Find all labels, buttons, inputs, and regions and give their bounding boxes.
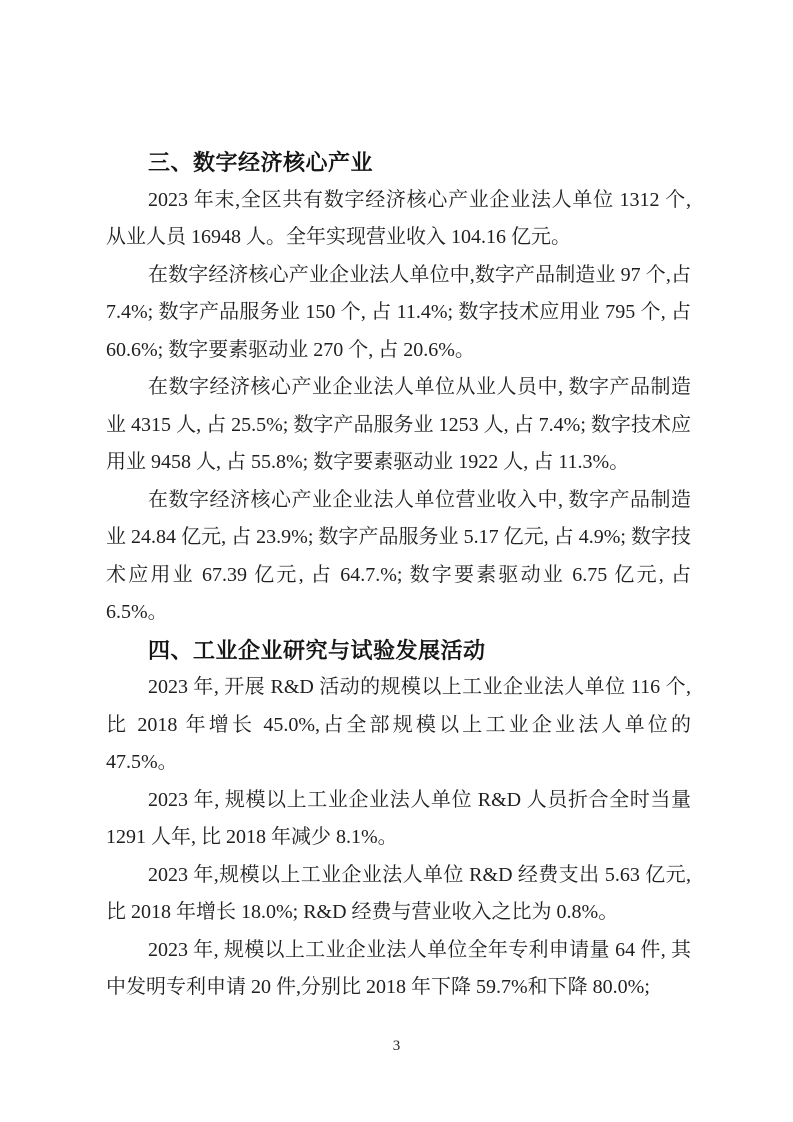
page-number: 3 [0,1038,793,1055]
document-content: 三、数字经济核心产业 2023 年末,全区共有数字经济核心产业企业法人单位 13… [106,144,691,1007]
paragraph-rd-units: 2023 年, 开展 R&D 活动的规模以上工业企业法人单位 116 个, 比 … [106,669,691,782]
paragraph-employees-breakdown: 在数字经济核心产业企业法人单位从业人员中, 数字产品制造业 4315 人, 占 … [106,369,691,482]
section-heading-digital-economy: 三、数字经济核心产业 [106,144,691,182]
paragraph-legal-units-breakdown: 在数字经济核心产业企业法人单位中,数字产品制造业 97 个,占 7.4%; 数字… [106,257,691,370]
document-page: 三、数字经济核心产业 2023 年末,全区共有数字经济核心产业企业法人单位 13… [0,0,793,1122]
paragraph-revenue-breakdown: 在数字经济核心产业企业法人单位营业收入中, 数字产品制造业 24.84 亿元, … [106,482,691,632]
paragraph-rd-expenditure: 2023 年,规模以上工业企业法人单位 R&D 经费支出 5.63 亿元, 比 … [106,857,691,932]
paragraph-digital-economy-overview: 2023 年末,全区共有数字经济核心产业企业法人单位 1312 个,从业人员 1… [106,182,691,257]
paragraph-patent-applications: 2023 年, 规模以上工业企业法人单位全年专利申请量 64 件, 其中发明专利… [106,932,691,1007]
paragraph-rd-personnel: 2023 年, 规模以上工业企业法人单位 R&D 人员折合全时当量 1291 人… [106,782,691,857]
section-heading-rd-activity: 四、工业企业研究与试验发展活动 [106,632,691,670]
